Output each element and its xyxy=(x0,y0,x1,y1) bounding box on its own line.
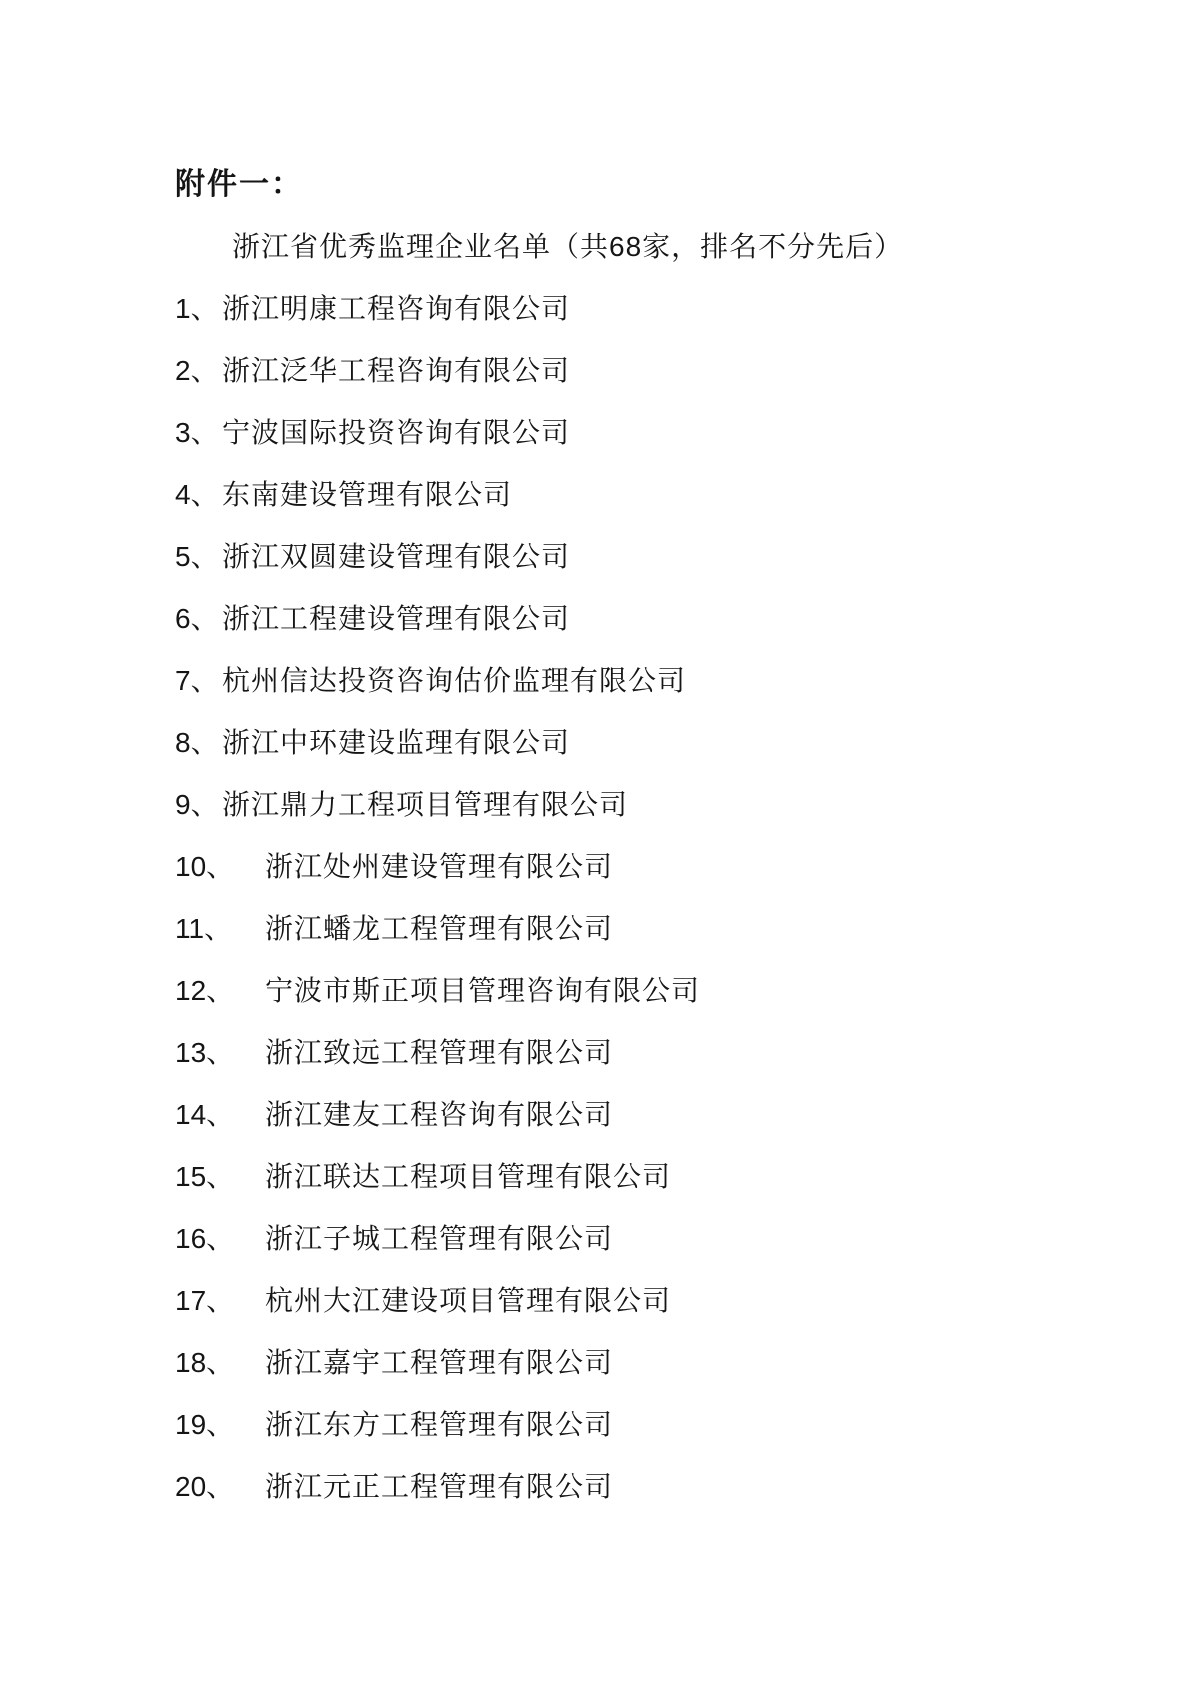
list-item: 8、 浙江中环建设监理有限公司 xyxy=(175,712,1100,774)
list-item: 9、 浙江鼎力工程项目管理有限公司 xyxy=(175,774,1100,836)
company-name: 浙江中环建设监理有限公司 xyxy=(222,712,570,774)
document-page: 附件一： 浙江省优秀监理企业名单（共68家，排名不分先后） 1、 浙江明康工程咨… xyxy=(0,0,1190,1683)
list-item: 5、 浙江双圆建设管理有限公司 xyxy=(175,526,1100,588)
list-item: 4、 东南建设管理有限公司 xyxy=(175,464,1100,526)
list-item-number: 14、 xyxy=(175,1084,265,1146)
list-item: 7、 杭州信达投资咨询估价监理有限公司 xyxy=(175,650,1100,712)
list-item-number: 10、 xyxy=(175,836,265,898)
list-item-number: 4、 xyxy=(175,464,222,526)
company-name: 浙江明康工程咨询有限公司 xyxy=(222,278,570,340)
list-item-number: 13、 xyxy=(175,1022,265,1084)
list-item: 12、 宁波市斯正项目管理咨询有限公司 xyxy=(175,960,1100,1022)
list-item-number: 5、 xyxy=(175,526,222,588)
company-name: 杭州信达投资咨询估价监理有限公司 xyxy=(222,650,686,712)
list-item-number: 15、 xyxy=(175,1146,265,1208)
company-name: 浙江联达工程项目管理有限公司 xyxy=(265,1146,671,1208)
list-item-number: 2、 xyxy=(175,340,222,402)
company-name: 浙江元正工程管理有限公司 xyxy=(265,1456,613,1518)
list-item: 6、 浙江工程建设管理有限公司 xyxy=(175,588,1100,650)
list-item: 19、 浙江东方工程管理有限公司 xyxy=(175,1394,1100,1456)
company-name: 浙江泛华工程咨询有限公司 xyxy=(222,340,570,402)
list-item-number: 17、 xyxy=(175,1270,265,1332)
list-item: 15、 浙江联达工程项目管理有限公司 xyxy=(175,1146,1100,1208)
list-item: 13、 浙江致远工程管理有限公司 xyxy=(175,1022,1100,1084)
company-name: 浙江双圆建设管理有限公司 xyxy=(222,526,570,588)
list-item: 20、 浙江元正工程管理有限公司 xyxy=(175,1456,1100,1518)
list-item-number: 12、 xyxy=(175,960,265,1022)
list-item: 10、 浙江处州建设管理有限公司 xyxy=(175,836,1100,898)
company-name: 宁波市斯正项目管理咨询有限公司 xyxy=(265,960,700,1022)
list-item-number: 19、 xyxy=(175,1394,265,1456)
list-item: 3、 宁波国际投资咨询有限公司 xyxy=(175,402,1100,464)
company-name: 浙江建友工程咨询有限公司 xyxy=(265,1084,613,1146)
company-name: 浙江处州建设管理有限公司 xyxy=(265,836,613,898)
company-name: 杭州大江建设项目管理有限公司 xyxy=(265,1270,671,1332)
list-item: 2、 浙江泛华工程咨询有限公司 xyxy=(175,340,1100,402)
list-item-number: 7、 xyxy=(175,650,222,712)
company-name: 东南建设管理有限公司 xyxy=(222,464,512,526)
document-title: 浙江省优秀监理企业名单（共68家，排名不分先后） xyxy=(175,216,1100,278)
list-item-number: 18、 xyxy=(175,1332,265,1394)
attachment-label: 附件一： xyxy=(175,154,1100,216)
list-item-number: 8、 xyxy=(175,712,222,774)
company-name: 浙江工程建设管理有限公司 xyxy=(222,588,570,650)
list-item: 17、 杭州大江建设项目管理有限公司 xyxy=(175,1270,1100,1332)
list-item: 1、 浙江明康工程咨询有限公司 xyxy=(175,278,1100,340)
company-name: 浙江子城工程管理有限公司 xyxy=(265,1208,613,1270)
list-item-number: 1、 xyxy=(175,278,222,340)
list-item-number: 6、 xyxy=(175,588,222,650)
company-name: 浙江东方工程管理有限公司 xyxy=(265,1394,613,1456)
list-item: 16、 浙江子城工程管理有限公司 xyxy=(175,1208,1100,1270)
company-name: 宁波国际投资咨询有限公司 xyxy=(222,402,570,464)
list-item-number: 9、 xyxy=(175,774,222,836)
document-content: 附件一： 浙江省优秀监理企业名单（共68家，排名不分先后） 1、 浙江明康工程咨… xyxy=(0,0,1190,1518)
list-item-number: 11、 xyxy=(175,898,265,960)
company-name: 浙江嘉宇工程管理有限公司 xyxy=(265,1332,613,1394)
list-item-number: 16、 xyxy=(175,1208,265,1270)
company-name: 浙江蟠龙工程管理有限公司 xyxy=(265,898,613,960)
list-item: 14、 浙江建友工程咨询有限公司 xyxy=(175,1084,1100,1146)
list-item-number: 3、 xyxy=(175,402,222,464)
company-name: 浙江鼎力工程项目管理有限公司 xyxy=(222,774,628,836)
company-name: 浙江致远工程管理有限公司 xyxy=(265,1022,613,1084)
list-item: 18、 浙江嘉宇工程管理有限公司 xyxy=(175,1332,1100,1394)
list-item: 11、 浙江蟠龙工程管理有限公司 xyxy=(175,898,1100,960)
list-item-number: 20、 xyxy=(175,1456,265,1518)
